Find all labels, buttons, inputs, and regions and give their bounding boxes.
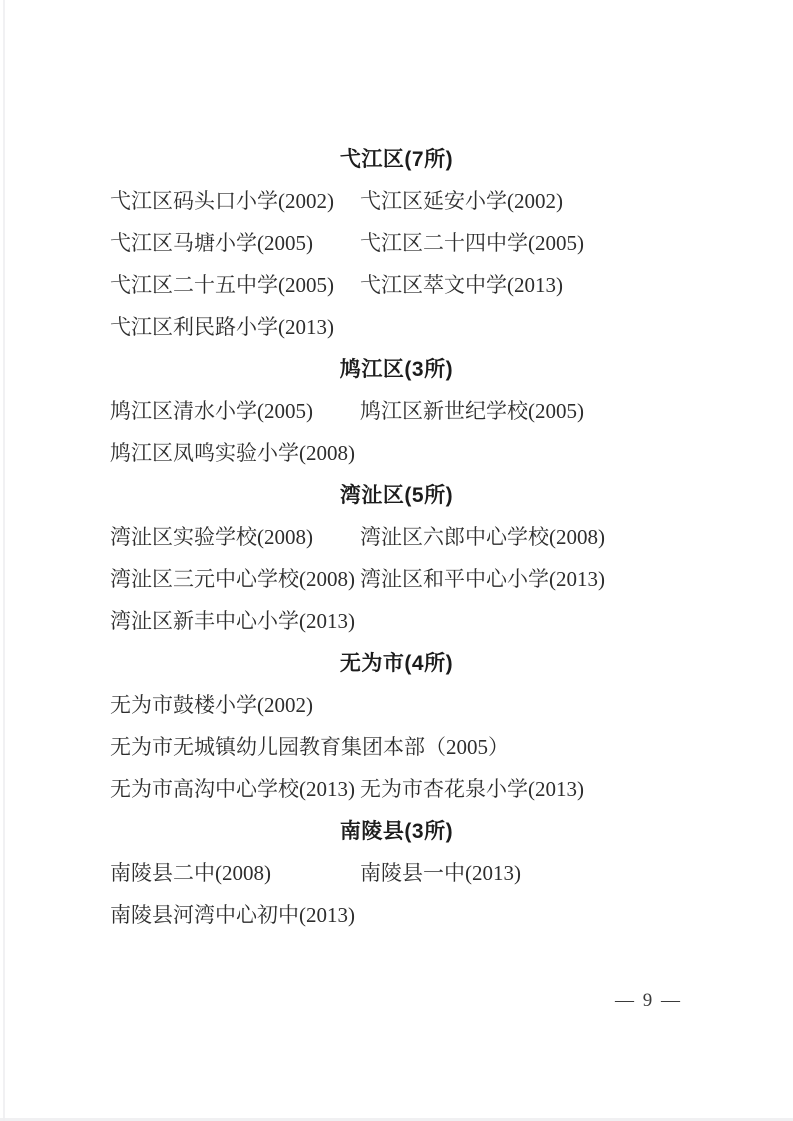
school-entry: 无为市鼓楼小学(2002)	[110, 689, 313, 719]
school-entry: 弋江区马塘小学(2005)	[110, 227, 360, 257]
school-row: 湾沚区实验学校(2008)湾沚区六郎中心学校(2008)	[0, 515, 793, 557]
school-row: 无为市高沟中心学校(2013)无为市杏花泉小学(2013)	[0, 767, 793, 809]
school-row: 鸠江区清水小学(2005)鸠江区新世纪学校(2005)	[0, 389, 793, 431]
school-entry: 鸠江区凤鸣实验小学(2008)	[110, 437, 355, 467]
school-entry: 南陵县一中(2013)	[360, 857, 521, 887]
school-entry: 弋江区码头口小学(2002)	[110, 185, 360, 215]
school-row: 南陵县河湾中心初中(2013)	[0, 893, 793, 935]
school-entry: 弋江区萃文中学(2013)	[360, 269, 563, 299]
school-entry: 无为市高沟中心学校(2013)	[110, 773, 360, 803]
scanned-document-page: 弋江区(7所)弋江区码头口小学(2002)弋江区延安小学(2002)弋江区马塘小…	[0, 0, 793, 1121]
section-heading: 鸠江区(3所)	[0, 347, 793, 389]
school-row: 无为市鼓楼小学(2002)	[0, 683, 793, 725]
section-heading: 无为市(4所)	[0, 641, 793, 683]
school-entry: 南陵县河湾中心初中(2013)	[110, 899, 355, 929]
section-heading: 南陵县(3所)	[0, 809, 793, 851]
school-entry: 弋江区二十五中学(2005)	[110, 269, 360, 299]
school-entry: 弋江区延安小学(2002)	[360, 185, 563, 215]
school-row: 弋江区二十五中学(2005)弋江区萃文中学(2013)	[0, 263, 793, 305]
school-entry: 无为市杏花泉小学(2013)	[360, 773, 584, 803]
school-entry: 鸠江区清水小学(2005)	[110, 395, 360, 425]
section-heading: 湾沚区(5所)	[0, 473, 793, 515]
school-entry: 弋江区二十四中学(2005)	[360, 227, 584, 257]
school-entry: 湾沚区六郎中心学校(2008)	[360, 521, 605, 551]
school-entry: 湾沚区实验学校(2008)	[110, 521, 360, 551]
document-body: 弋江区(7所)弋江区码头口小学(2002)弋江区延安小学(2002)弋江区马塘小…	[0, 137, 793, 935]
school-entry: 湾沚区三元中心学校(2008)	[110, 563, 360, 593]
school-row: 南陵县二中(2008)南陵县一中(2013)	[0, 851, 793, 893]
section-heading: 弋江区(7所)	[0, 137, 793, 179]
school-entry: 无为市无城镇幼儿园教育集团本部（2005）	[110, 731, 509, 761]
school-row: 弋江区利民路小学(2013)	[0, 305, 793, 347]
school-entry: 鸠江区新世纪学校(2005)	[360, 395, 584, 425]
school-entry: 弋江区利民路小学(2013)	[110, 311, 334, 341]
school-row: 湾沚区新丰中心小学(2013)	[0, 599, 793, 641]
school-entry: 湾沚区和平中心小学(2013)	[360, 563, 605, 593]
school-entry: 湾沚区新丰中心小学(2013)	[110, 605, 355, 635]
school-row: 弋江区码头口小学(2002)弋江区延安小学(2002)	[0, 179, 793, 221]
school-row: 无为市无城镇幼儿园教育集团本部（2005）	[0, 725, 793, 767]
school-row: 弋江区马塘小学(2005)弋江区二十四中学(2005)	[0, 221, 793, 263]
school-row: 鸠江区凤鸣实验小学(2008)	[0, 431, 793, 473]
school-row: 湾沚区三元中心学校(2008)湾沚区和平中心小学(2013)	[0, 557, 793, 599]
page-number: — 9 —	[615, 990, 682, 1012]
school-entry: 南陵县二中(2008)	[110, 857, 360, 887]
